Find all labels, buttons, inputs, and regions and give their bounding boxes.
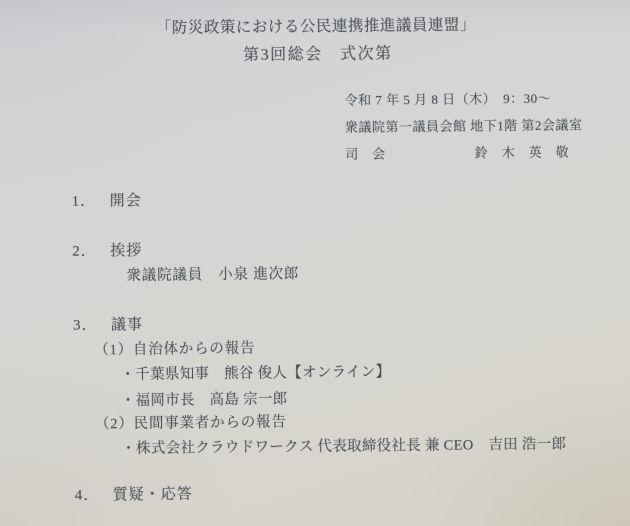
- agenda-item-3-section-1-bullet-1: ・千葉県知事 熊谷 俊人【オンライン】: [120, 365, 390, 382]
- agenda-item-3-section-2-heading: （2）民間事業者からの報告: [95, 415, 287, 432]
- agenda-item-1-number: 1．: [72, 194, 110, 209]
- agenda-item-2-number: 2．: [72, 244, 110, 259]
- meeting-moderator: 司 会 鈴 木 英 敬: [345, 145, 569, 174]
- document-title: 「防災政策における公民連携推進議員連盟」: [156, 17, 476, 36]
- agenda-item-3-section-2-bullet-1: ・株式会社クラウドワークス 代表取締役社長 兼 CEO 吉田 浩一郎: [121, 438, 566, 457]
- agenda-item-3-section-1-bullet-2: ・福岡市長 高島 宗一郎: [121, 392, 288, 408]
- agenda-item-2: 2． 挨拶: [72, 244, 142, 260]
- moderator-name: 鈴 木 英 敬: [475, 145, 570, 173]
- agenda-item-2-label: 挨拶: [110, 244, 142, 259]
- agenda-item-3: 3． 議事: [73, 318, 143, 334]
- document-subtitle: 第3回総会 式次第: [243, 46, 393, 64]
- moderator-label: 司 会: [345, 147, 386, 174]
- agenda-item-3-number: 3．: [73, 318, 111, 333]
- meeting-venue: 衆議院第一議員会館 地下1階 第2会議室: [345, 118, 583, 147]
- agenda-item-4: 4． 質疑・応答: [75, 487, 193, 503]
- agenda-document: 「防災政策における公民連携推進議員連盟」 第3回総会 式次第 令和 7 年 5 …: [0, 0, 630, 526]
- agenda-item-2-speaker: 衆議院議員 小泉 進次郎: [126, 267, 299, 283]
- meeting-meta-block: 令和 7 年 5 月 8 日（木） 9：30～ 衆議院第一議員会館 地下1階 第…: [345, 91, 583, 174]
- agenda-item-1: 1． 開会: [72, 194, 142, 210]
- agenda-item-4-label: 質疑・応答: [113, 487, 193, 503]
- agenda-item-1-label: 開会: [110, 194, 142, 209]
- agenda-item-3-label: 議事: [111, 318, 143, 333]
- agenda-item-3-section-1-heading: （1）自治体からの報告: [94, 342, 255, 358]
- document-photo: 「防災政策における公民連携推進議員連盟」 第3回総会 式次第 令和 7 年 5 …: [0, 0, 630, 526]
- agenda-item-4-number: 4．: [75, 488, 113, 503]
- meeting-datetime: 令和 7 年 5 月 8 日（木） 9：30～: [345, 91, 583, 120]
